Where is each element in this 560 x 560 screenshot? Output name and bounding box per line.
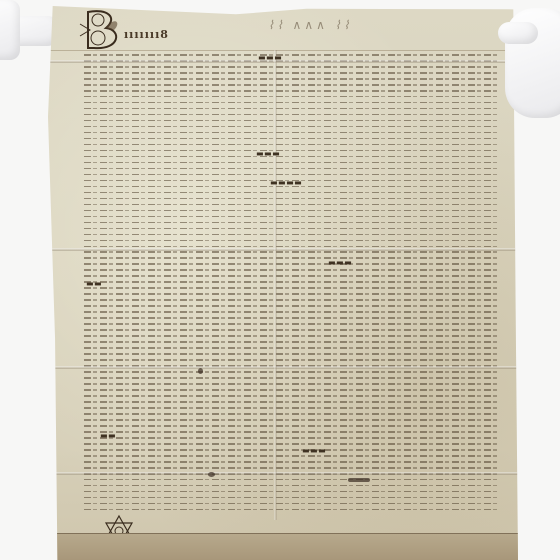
section-word-1: ▬▬▬	[258, 52, 282, 62]
photo-stage: ııııııı8 ⌇⌇ ∧∧∧ ⌇⌇ ▬▬▬ ▬▬▬ ▬▬▬▬ ▬▬▬ ▬▬ ▬…	[0, 0, 560, 560]
ink-stain	[198, 368, 203, 374]
section-word-7: ▬▬▬	[302, 445, 326, 455]
heading-band: ııııııı8 ⌇⌇ ∧∧∧ ⌇⌇	[48, 6, 518, 51]
section-word-4: ▬▬▬	[328, 257, 352, 267]
parchment-document: ııııııı8 ⌇⌇ ∧∧∧ ⌇⌇ ▬▬▬ ▬▬▬ ▬▬▬▬ ▬▬▬ ▬▬ ▬…	[48, 6, 518, 560]
ink-stain	[348, 478, 370, 482]
right-glove-thumb	[498, 22, 538, 44]
fold-line-1	[48, 60, 518, 63]
fold-line-2	[48, 248, 518, 251]
manuscript-text-upper	[84, 54, 498, 515]
section-word-2: ▬▬▬	[256, 148, 280, 158]
initial-continuation: ııııııı8	[124, 28, 169, 41]
decorated-initial-b-icon	[78, 8, 124, 52]
fold-line-4	[48, 472, 518, 475]
heading-flourish: ⌇⌇ ∧∧∧ ⌇⌇	[268, 18, 352, 32]
left-glove-cuff	[0, 0, 20, 60]
section-word-3: ▬▬▬▬	[270, 177, 302, 187]
ink-stain	[208, 472, 215, 477]
fold-line-3	[48, 366, 518, 369]
folded-bottom-edge	[48, 533, 518, 560]
section-word-6: ▬▬	[100, 430, 116, 440]
fold-line-vertical	[274, 50, 277, 520]
section-word-5: ▬▬	[86, 278, 102, 288]
